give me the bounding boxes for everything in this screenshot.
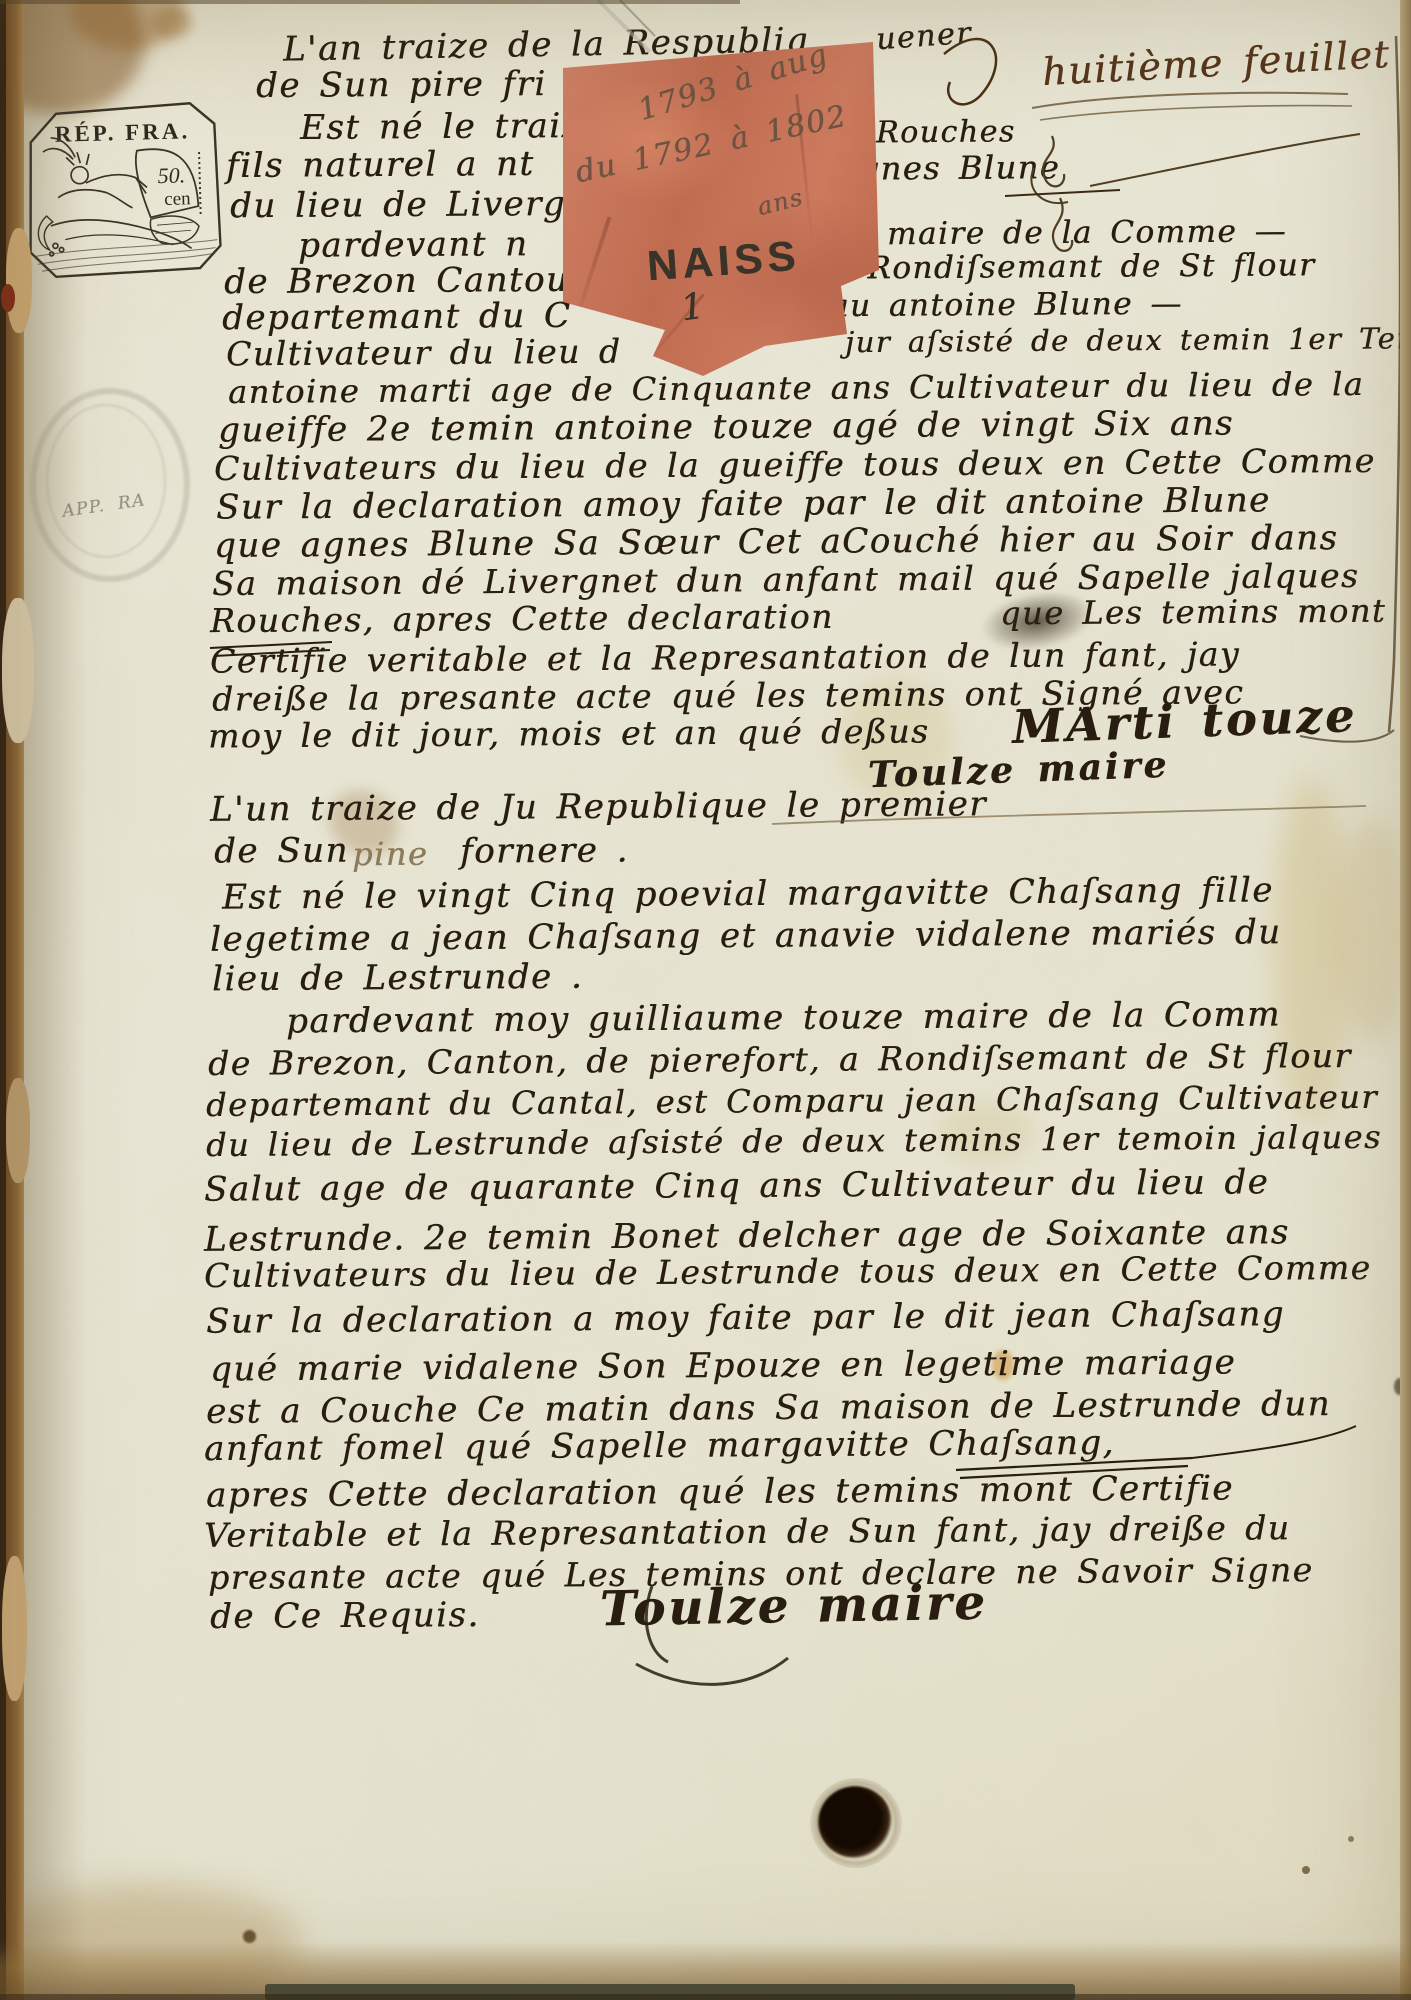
page-edge-line: [1389, 36, 1400, 732]
scanned-register-page: RÉP. FRA. 50. cen L'an traize de la Resp…: [0, 0, 1411, 2000]
label-number: 1: [679, 288, 708, 327]
label-category: NAISS: [646, 235, 802, 288]
label-ans-note: ans: [755, 185, 806, 220]
label-range-note: du 1792 à 1802: [573, 102, 850, 189]
